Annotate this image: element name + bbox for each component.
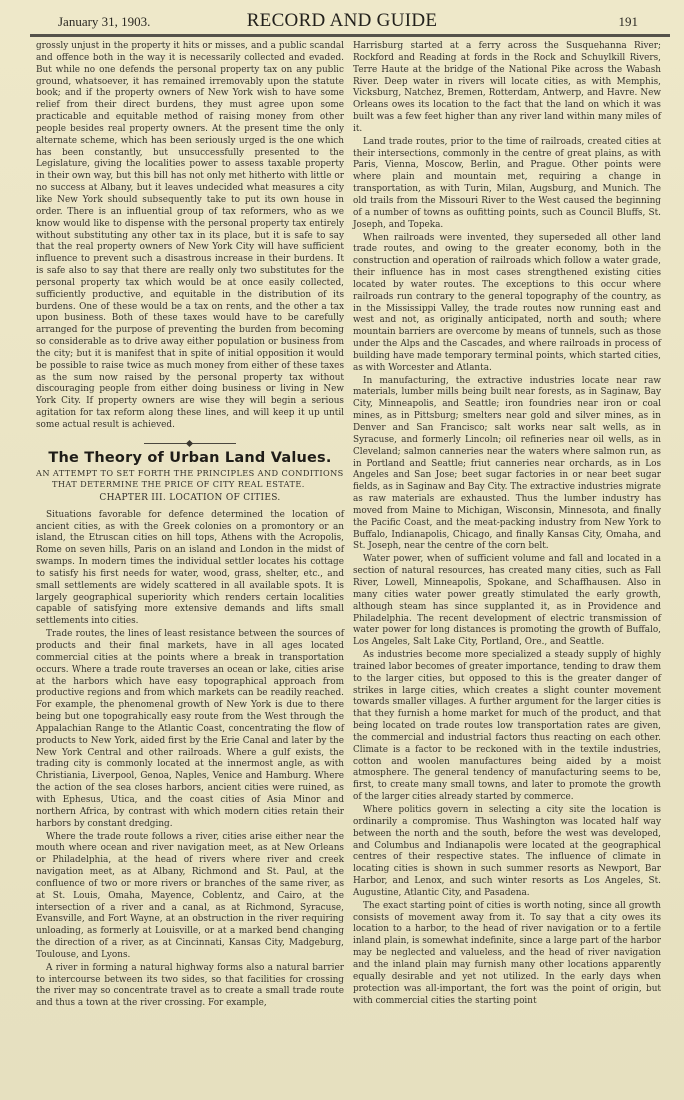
section-divider: [144, 443, 236, 444]
page-header: January 31, 1903. RECORD AND GUIDE 191: [38, 10, 646, 32]
article-paragraph: Land trade routes, prior to the time of …: [353, 137, 661, 232]
article-paragraph: Trade routes, the lines of least resista…: [36, 629, 344, 830]
article-paragraph: Where the trade route follows a river, c…: [36, 832, 344, 962]
article-paragraph: Water power, when of sufficient volume a…: [353, 554, 661, 649]
article-paragraph: Harrisburg started at a ferry across the…: [353, 41, 661, 136]
publication-title: RECORD AND GUIDE: [38, 10, 646, 32]
article-paragraph: Where politics govern in selecting a cit…: [353, 805, 661, 900]
article-paragraph: A river in forming a natural highway for…: [36, 963, 344, 1010]
chapter-heading: CHAPTER III. LOCATION OF CITIES.: [36, 493, 344, 505]
article-paragraph: As industries become more specialized a …: [353, 650, 661, 804]
article-title: The Theory of Urban Land Values.: [36, 453, 344, 465]
editorial-paragraph: grossly unjust in the property it hits o…: [36, 41, 344, 432]
page-number: 191: [619, 14, 639, 30]
left-column: grossly unjust in the property it hits o…: [36, 41, 344, 1010]
article-paragraph: In manufacturing, the extractive industr…: [353, 376, 661, 554]
article-paragraph: When railroads were invented, they super…: [353, 233, 661, 375]
article-paragraph: Situations favorable for defence determi…: [36, 510, 344, 628]
article-paragraph: The exact starting point of cities is wo…: [353, 901, 661, 1008]
newspaper-page: January 31, 1903. RECORD AND GUIDE 191 g…: [0, 0, 684, 1100]
right-column: Harrisburg started at a ferry across the…: [353, 41, 661, 1007]
header-rule: [30, 34, 670, 37]
article-subtitle: AN ATTEMPT TO SET FORTH THE PRINCIPLES A…: [36, 468, 344, 491]
